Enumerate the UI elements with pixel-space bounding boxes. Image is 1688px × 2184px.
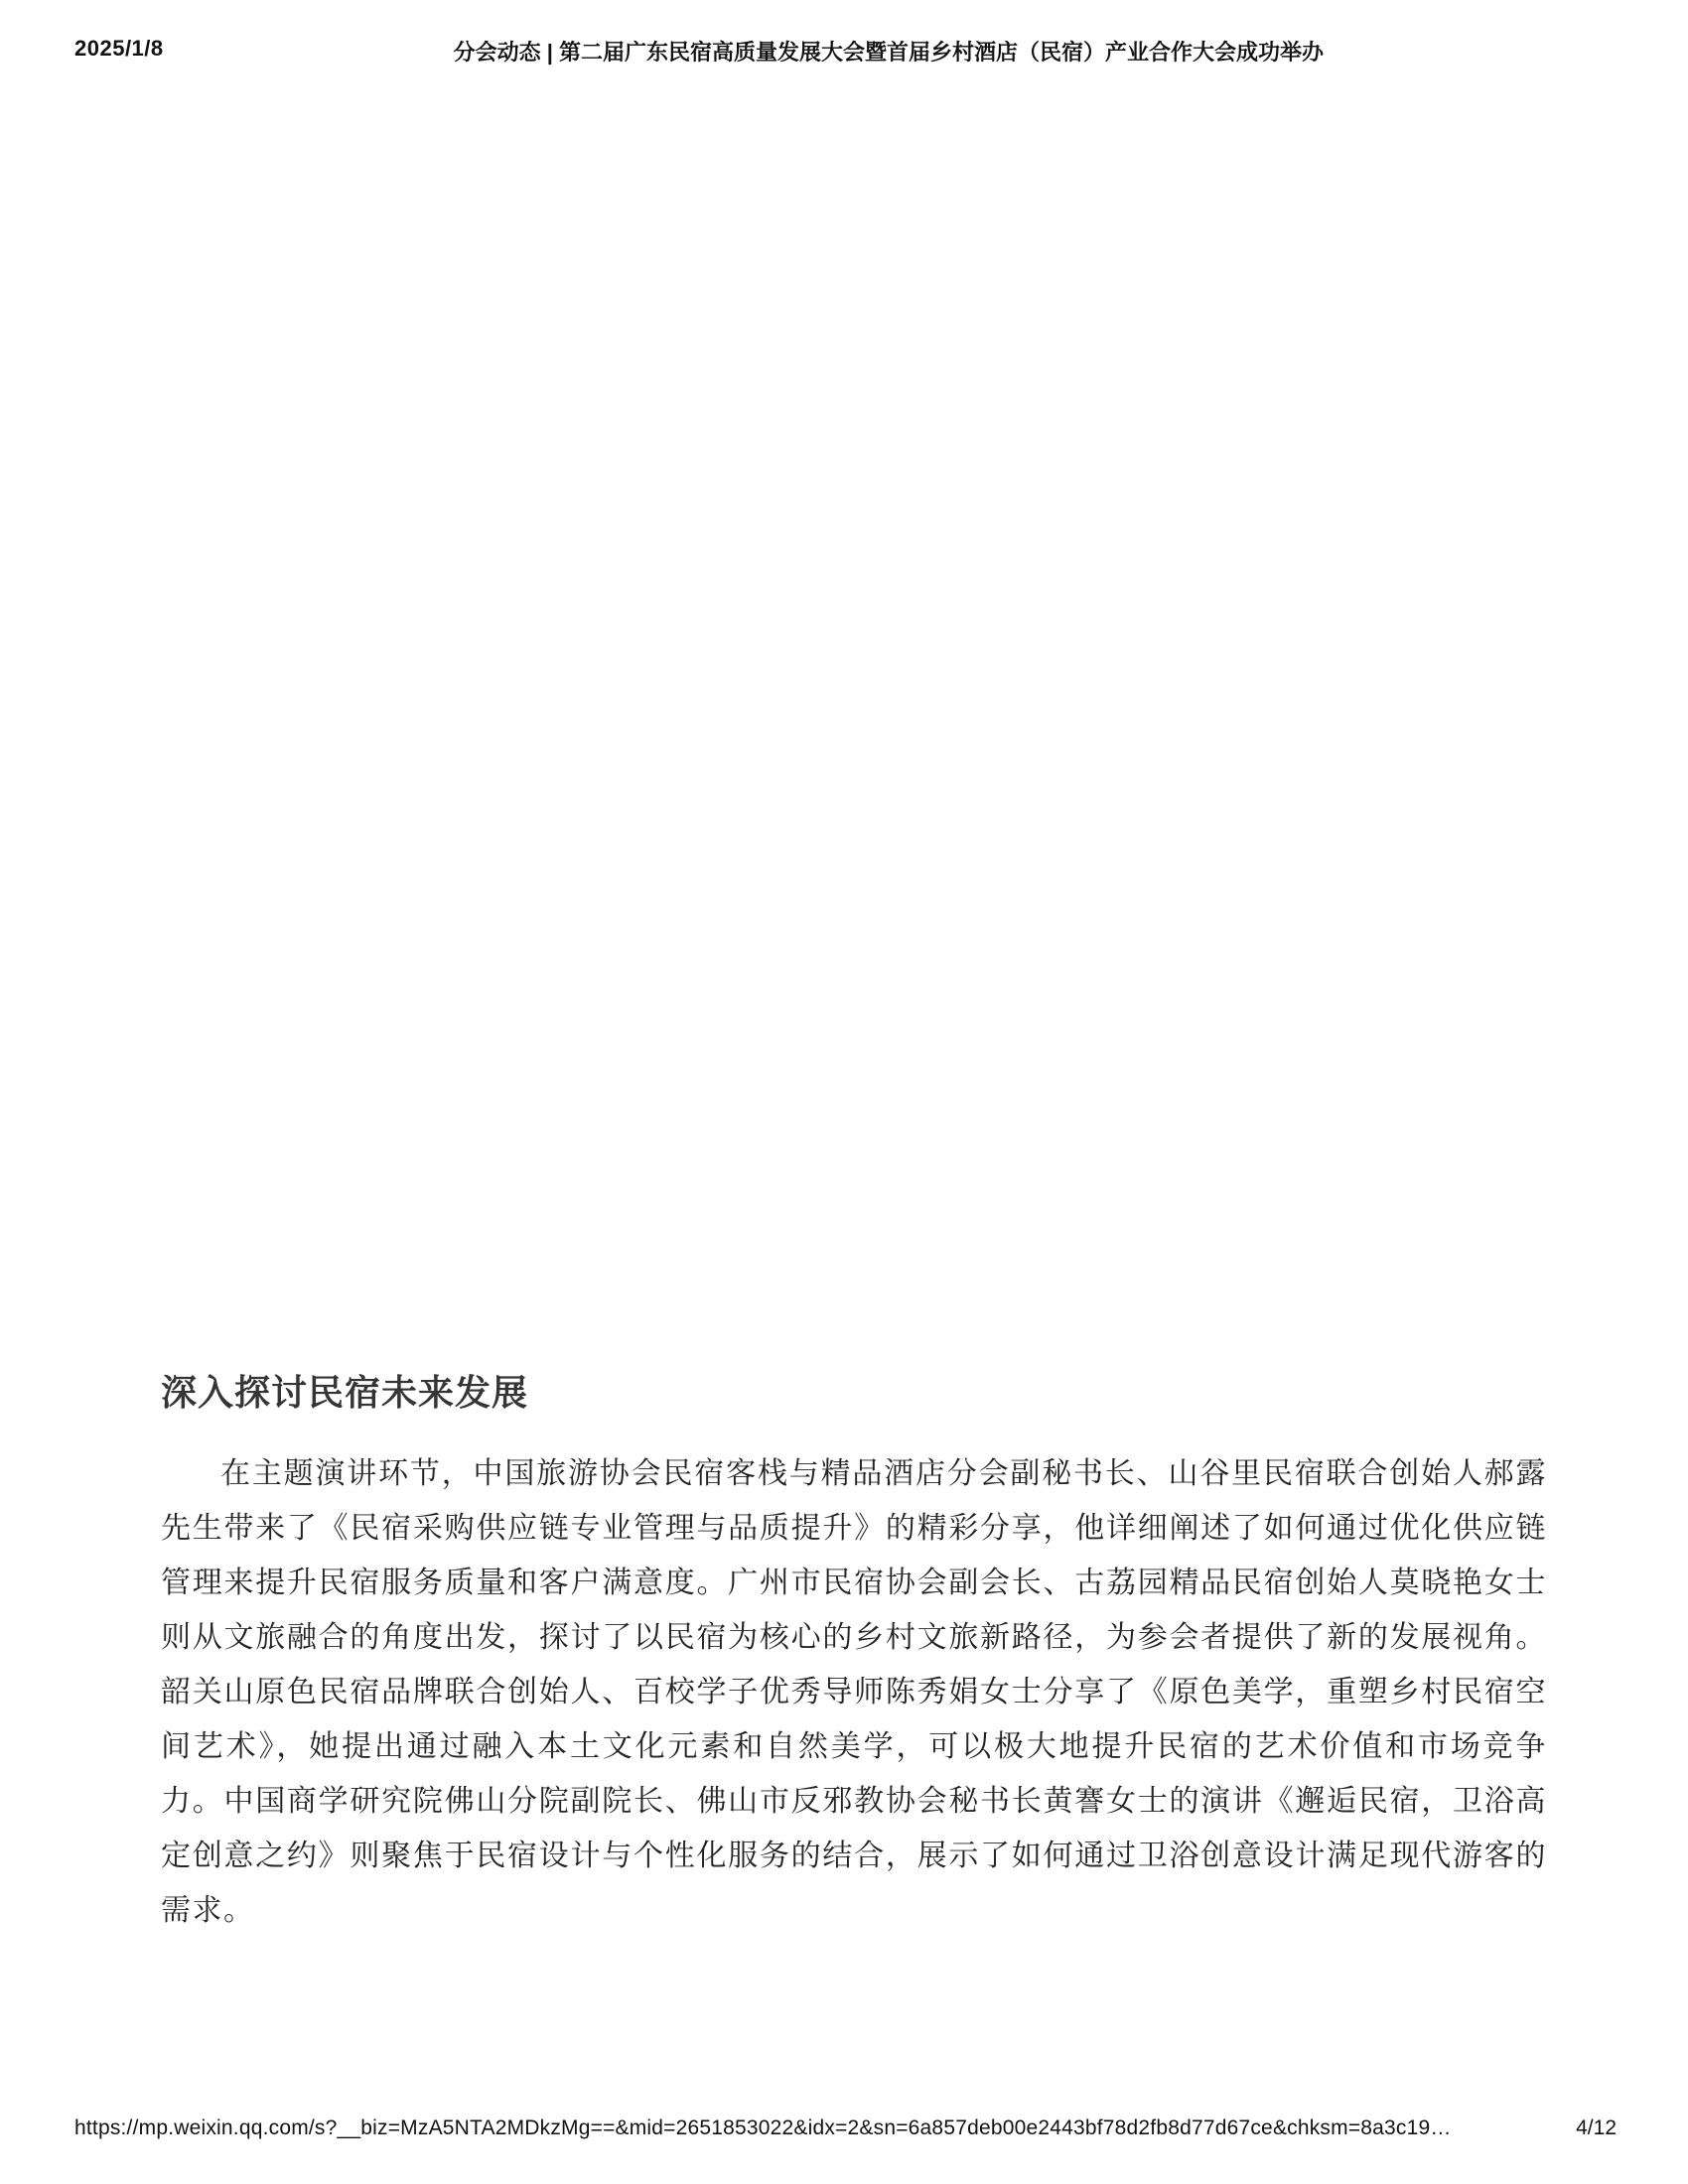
article-paragraph: 在主题演讲环节，中国旅游协会民宿客栈与精品酒店分会副秘书长、山谷里民宿联合创始人… — [161, 1446, 1547, 1938]
printed-article-page: 2025/1/8 分会动态 | 第二届广东民宿高质量发展大会暨首届乡村酒店（民宿… — [0, 0, 1688, 2184]
print-document-title: 分会动态 | 第二届广东民宿高质量发展大会暨首届乡村酒店（民宿）产业合作大会成功… — [164, 36, 1614, 67]
print-header: 2025/1/8 分会动态 | 第二届广东民宿高质量发展大会暨首届乡村酒店（民宿… — [74, 36, 1614, 67]
print-footer: https://mp.weixin.qq.com/s?__biz=MzA5NTA… — [74, 2116, 1617, 2140]
page-indicator: 4/12 — [1576, 2116, 1617, 2140]
source-url: https://mp.weixin.qq.com/s?__biz=MzA5NTA… — [74, 2116, 1452, 2140]
print-date: 2025/1/8 — [74, 36, 164, 62]
section-heading: 深入探讨民宿未来发展 — [161, 1371, 528, 1415]
